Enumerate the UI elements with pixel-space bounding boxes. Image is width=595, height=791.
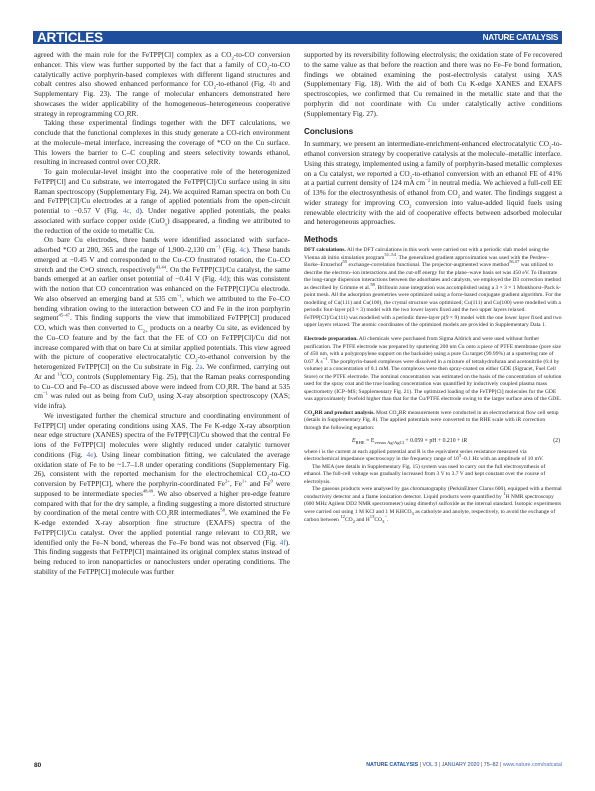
equation-2: ERHE = Eversus Ag/AgCl + 0.059 × pH + 0.…: [304, 435, 562, 449]
body-paragraph: We investigated further the chemical str…: [34, 411, 290, 577]
left-column: agreed with the main role for the FeTPP[…: [34, 50, 290, 577]
methods-paragraph: where i is the current at each applied p…: [304, 449, 562, 464]
electrode-subheading: Electrode preparation.: [304, 336, 358, 342]
right-column: supported by its reversibility following…: [304, 50, 562, 524]
figure-link[interactable]: 4d: [219, 274, 226, 283]
header-bar: ARTICLES NATURE CATALYSIS: [33, 31, 562, 44]
methods-after-equation: where i is the current at each applied p…: [304, 449, 562, 524]
conclusions-heading: Conclusions: [304, 127, 562, 137]
methods-electrode-preparation: Electrode preparation. All chemicals wer…: [304, 336, 562, 404]
section-label: ARTICLES: [37, 30, 103, 45]
figure-link[interactable]: 4c, d: [123, 206, 140, 215]
equation-number: (2): [553, 437, 560, 446]
methods-paragraph: The MEA (see details in Supplementary Fi…: [304, 464, 562, 487]
footer-journal: NATURE CATALYSIS: [366, 762, 418, 768]
methods-paragraph: The gaseous products were analysed by ga…: [304, 486, 562, 524]
journal-label: NATURE CATALYSIS: [483, 32, 558, 44]
body-paragraph: Taking these experimental findings toget…: [34, 118, 290, 167]
methods-heading: Methods: [304, 235, 562, 245]
continued-paragraph: supported by its reversibility following…: [304, 50, 562, 118]
dft-text: All the DFT calculations in this work we…: [304, 247, 562, 328]
conclusions-paragraph: In summary, we present an intermediate-e…: [304, 139, 562, 227]
figure-link[interactable]: 4e: [87, 450, 94, 459]
body-paragraph: On bare Cu electrodes, three bands were …: [34, 235, 290, 411]
body-paragraph: To gain molecular-level insight into the…: [34, 167, 290, 235]
figure-link[interactable]: 4c: [239, 245, 246, 254]
page-number: 80: [34, 762, 41, 769]
electrode-text: All chemicals were purchased from Sigma …: [304, 336, 561, 402]
methods-co2rr-analysis: CO2RR and product analysis. Most CO2RR m…: [304, 410, 562, 433]
methods-dft-calculations: DFT calculations. All the DFT calculatio…: [304, 247, 562, 330]
footer-date: JANUARY 2020: [442, 762, 480, 768]
footer-citation: NATURE CATALYSIS | VOL 3 | JANUARY 2020 …: [366, 762, 562, 768]
figure-link[interactable]: 2a: [196, 362, 203, 371]
methods-section: DFT calculations. All the DFT calculatio…: [304, 247, 562, 524]
footer-volume: VOL 3: [422, 762, 437, 768]
figure-link[interactable]: 4b: [269, 79, 276, 88]
footer-pages: 75–82: [484, 762, 499, 768]
equation-body: ERHE = Eversus Ag/AgCl + 0.059 × pH + 0.…: [352, 437, 467, 446]
figure-link[interactable]: 4f: [280, 538, 286, 547]
co2rr-subheading: CO2RR and product analysis.: [304, 410, 375, 416]
body-paragraph: agreed with the main role for the FeTPP[…: [34, 50, 290, 118]
dft-subheading: DFT calculations.: [304, 247, 346, 253]
footer-url-link[interactable]: www.nature.com/natcatal: [503, 762, 562, 768]
